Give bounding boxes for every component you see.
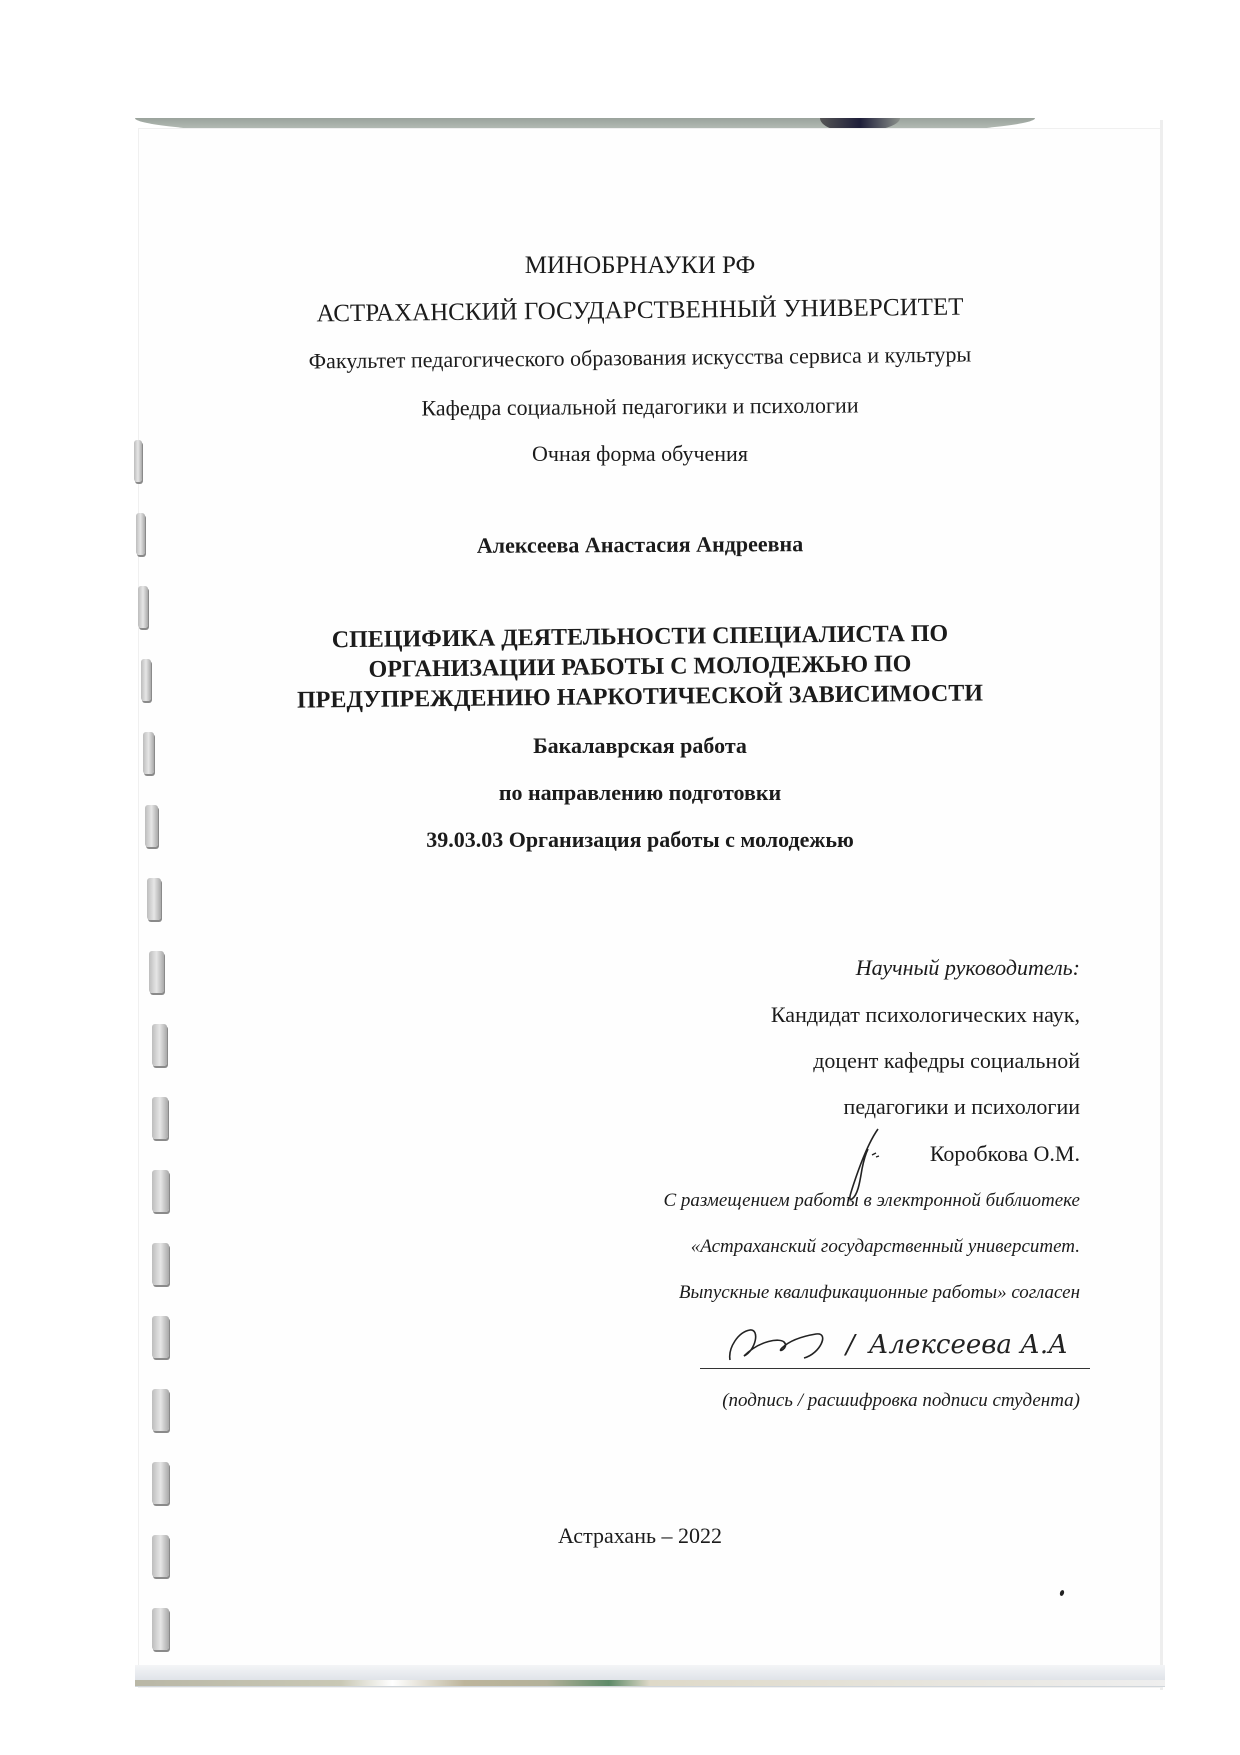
binding-coil	[152, 1024, 167, 1066]
direction-label: по направлению подготовки	[20, 780, 1240, 806]
binding-coil	[152, 1608, 169, 1650]
ministry-heading: МИНОБРНАУКИ РФ	[20, 252, 1240, 280]
supervisor-label: Научный руководитель:	[856, 955, 1080, 981]
student-signature-icon	[720, 1320, 840, 1370]
consent-line-2: «Астраханский государственный университе…	[691, 1236, 1080, 1258]
binding-coil	[152, 1462, 169, 1504]
city-year: Астрахань – 2022	[20, 1523, 1240, 1549]
binding-coil	[152, 1097, 168, 1139]
direction: 39.03.03 Организация работы с молодежью	[20, 827, 1240, 853]
binding-coil	[152, 1316, 169, 1358]
signature-caption: (подпись / расшифровка подписи студента)	[722, 1390, 1080, 1412]
student-signature-transcript: /Алексеева А.А	[846, 1330, 1068, 1360]
binding-coil	[152, 1243, 169, 1285]
binding-coil	[147, 878, 160, 920]
supervisor-name: Коробкова О.М.	[930, 1141, 1080, 1167]
binding-coil	[152, 1170, 169, 1212]
binding-coil	[149, 951, 163, 993]
consent-line-1: С размещением работы в электронной библи…	[663, 1190, 1080, 1212]
study-form: Очная форма обучения	[20, 441, 1240, 467]
binding-coil	[138, 586, 148, 628]
supervisor-position-2: педагогики и психологии	[844, 1094, 1080, 1120]
photo-background-stripe	[135, 1680, 1165, 1686]
signature-underline	[700, 1368, 1090, 1369]
work-type: Бакалаврская работа	[20, 733, 1240, 759]
supervisor-degree: Кандидат психологических наук,	[771, 1002, 1080, 1028]
consent-line-3: Выпускные квалификационные работы» согла…	[679, 1282, 1080, 1304]
supervisor-position-1: доцент кафедры социальной	[813, 1048, 1080, 1074]
binding-coil	[152, 1389, 169, 1431]
